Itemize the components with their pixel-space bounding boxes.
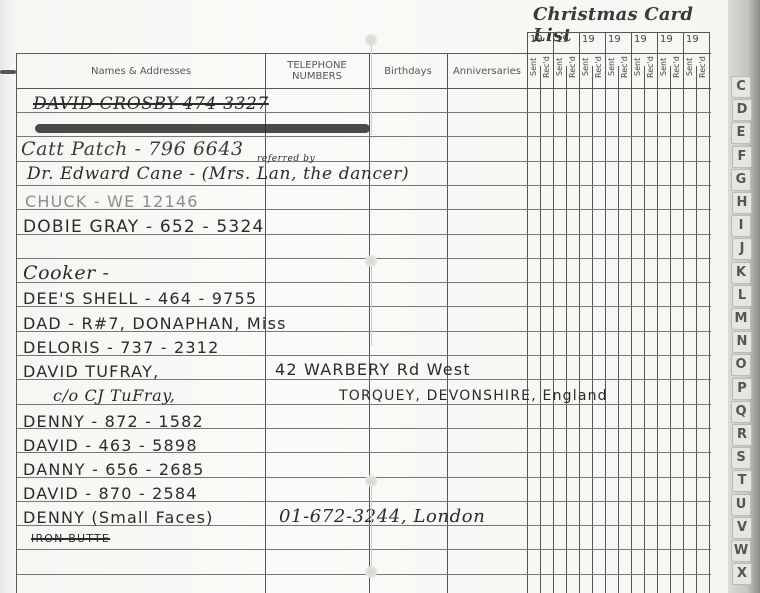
sent-column-header: Sent [605,48,618,86]
entry-13: DENNY - 872 - 1582 [23,412,204,431]
sent-column-header: Sent [553,48,566,86]
checkbox-column-rule [631,66,632,593]
year-label: 19 [634,34,647,45]
checkbox-column-rule [618,66,619,593]
entry-12: c/o CJ TuFray, [53,386,175,405]
received-column-header: Rec'd [644,48,657,86]
index-tab-j[interactable]: J [732,238,752,260]
binder-ring-track [371,266,372,346]
checkbox-column-rule [592,66,593,593]
received-column-header: Rec'd [670,48,683,86]
contact-table: Names & Addresses TELEPHONE NUMBERS Birt… [16,53,711,593]
row-line [17,185,711,186]
index-tab-q[interactable]: Q [731,401,751,423]
entry-4: CHUCK - WE 12146 [25,192,199,211]
index-tab-n[interactable]: N [732,331,752,353]
received-column-header: Rec'd [566,48,579,86]
year-label: 19 [660,34,673,45]
index-tab-p[interactable]: P [732,378,752,400]
checkbox-column-rule [657,66,658,593]
index-tab-f[interactable]: F [732,146,752,168]
received-column-header: Rec'd [592,48,605,86]
sent-column-header: Sent [527,48,540,86]
index-tab-h[interactable]: H [732,192,752,214]
index-tab-e[interactable]: E [731,122,751,144]
entry-8: DEE'S SHELL - 464 - 9755 [23,289,257,308]
row-line [17,161,711,162]
index-tab-r[interactable]: R [732,424,752,446]
index-tab-c[interactable]: C [731,76,751,98]
header-anniversaries: Anniversaries [447,54,528,88]
column-rule [527,88,528,593]
sent-column-header: Sent [657,48,670,86]
checkbox-column-rule [579,66,580,593]
header-telephone: TELEPHONE NUMBERS [265,54,370,88]
index-tab-v[interactable]: V [732,517,752,539]
binder-ring-track [371,486,372,566]
entry-12-address: TORQUEY, DEVONSHIRE, England [339,388,608,404]
entry-16: DAVID - 870 - 2584 [23,484,198,503]
index-tab-d[interactable]: D [732,99,752,121]
sent-column-header: Sent [631,48,644,86]
entry-7: Cooker - [23,262,110,284]
checkbox-column-rule [696,66,697,593]
index-tab-l[interactable]: L [732,285,752,307]
row-line [17,136,711,137]
binder-spine [0,70,16,74]
entry-3-note: referred by [257,154,315,164]
index-tab-g[interactable]: G [731,169,751,191]
year-label: 19 [686,34,699,45]
received-column-header: Rec'd [618,48,631,86]
index-tab-i[interactable]: I [731,215,751,237]
entry-2: Catt Patch - 796 6643 [21,138,244,160]
index-tab-o[interactable]: O [731,354,751,376]
index-tab-w[interactable]: W [731,540,751,562]
checkbox-column-rule [553,66,554,593]
entry-14: DAVID - 463 - 5898 [23,436,198,455]
received-column-header: Rec'd [696,48,709,86]
sent-column-header: Sent [579,48,592,86]
table-right-border [709,32,710,593]
entry-0: DAVID CROSBY-474-3327 [33,94,269,114]
entry-17-phone: 01-672-3244, London [279,506,485,527]
year-label: 19 [582,34,595,45]
year-label: 19 [608,34,621,45]
binder-ring-track [371,45,372,135]
binder-ring-hole [364,566,378,578]
entry-3: Dr. Edward Cane - (Mrs. Lan, the dancer) [27,164,409,184]
checkbox-column-rule [644,66,645,593]
entry-11: DAVID TUFRAY, [23,362,159,381]
index-tab-t[interactable]: T [732,470,752,492]
entry-17: DENNY (Small Faces) [23,508,214,527]
row-line [17,549,711,550]
year-label: 19 [530,34,543,45]
header-names: Names & Addresses [17,54,266,88]
entry-1-scribble [35,124,370,133]
index-tab-m[interactable]: M [731,308,751,330]
entry-5: DOBIE GRAY - 652 - 5324 [23,217,264,237]
received-column-header: Rec'd [540,48,553,86]
entry-18: IRON BUTTE [31,532,110,545]
index-tab-x[interactable]: X [732,563,752,585]
entry-9: DAD - R#7, DONAPHAN, Miss [23,314,287,333]
index-tab-u[interactable]: U [731,494,751,516]
entry-15: DANNY - 656 - 2685 [23,460,204,479]
header-birthdays: Birthdays [369,54,448,88]
index-tab-k[interactable]: K [731,262,751,284]
checkbox-column-rule [605,66,606,593]
header-divider [17,88,711,89]
checkbox-column-rule [670,66,671,593]
checkbox-column-rule [540,66,541,593]
row-line [17,282,711,283]
address-book-page: Christmas Card List Names & Addresses TE… [0,0,728,593]
entry-11-address: 42 WARBERY Rd West [275,360,471,379]
checkbox-column-rule [566,66,567,593]
checkbox-column-rule [683,66,684,593]
entry-10: DELORIS - 737 - 2312 [23,338,220,357]
index-tab-s[interactable]: S [731,447,751,469]
sent-column-header: Sent [683,48,696,86]
year-label: 19 [556,34,569,45]
